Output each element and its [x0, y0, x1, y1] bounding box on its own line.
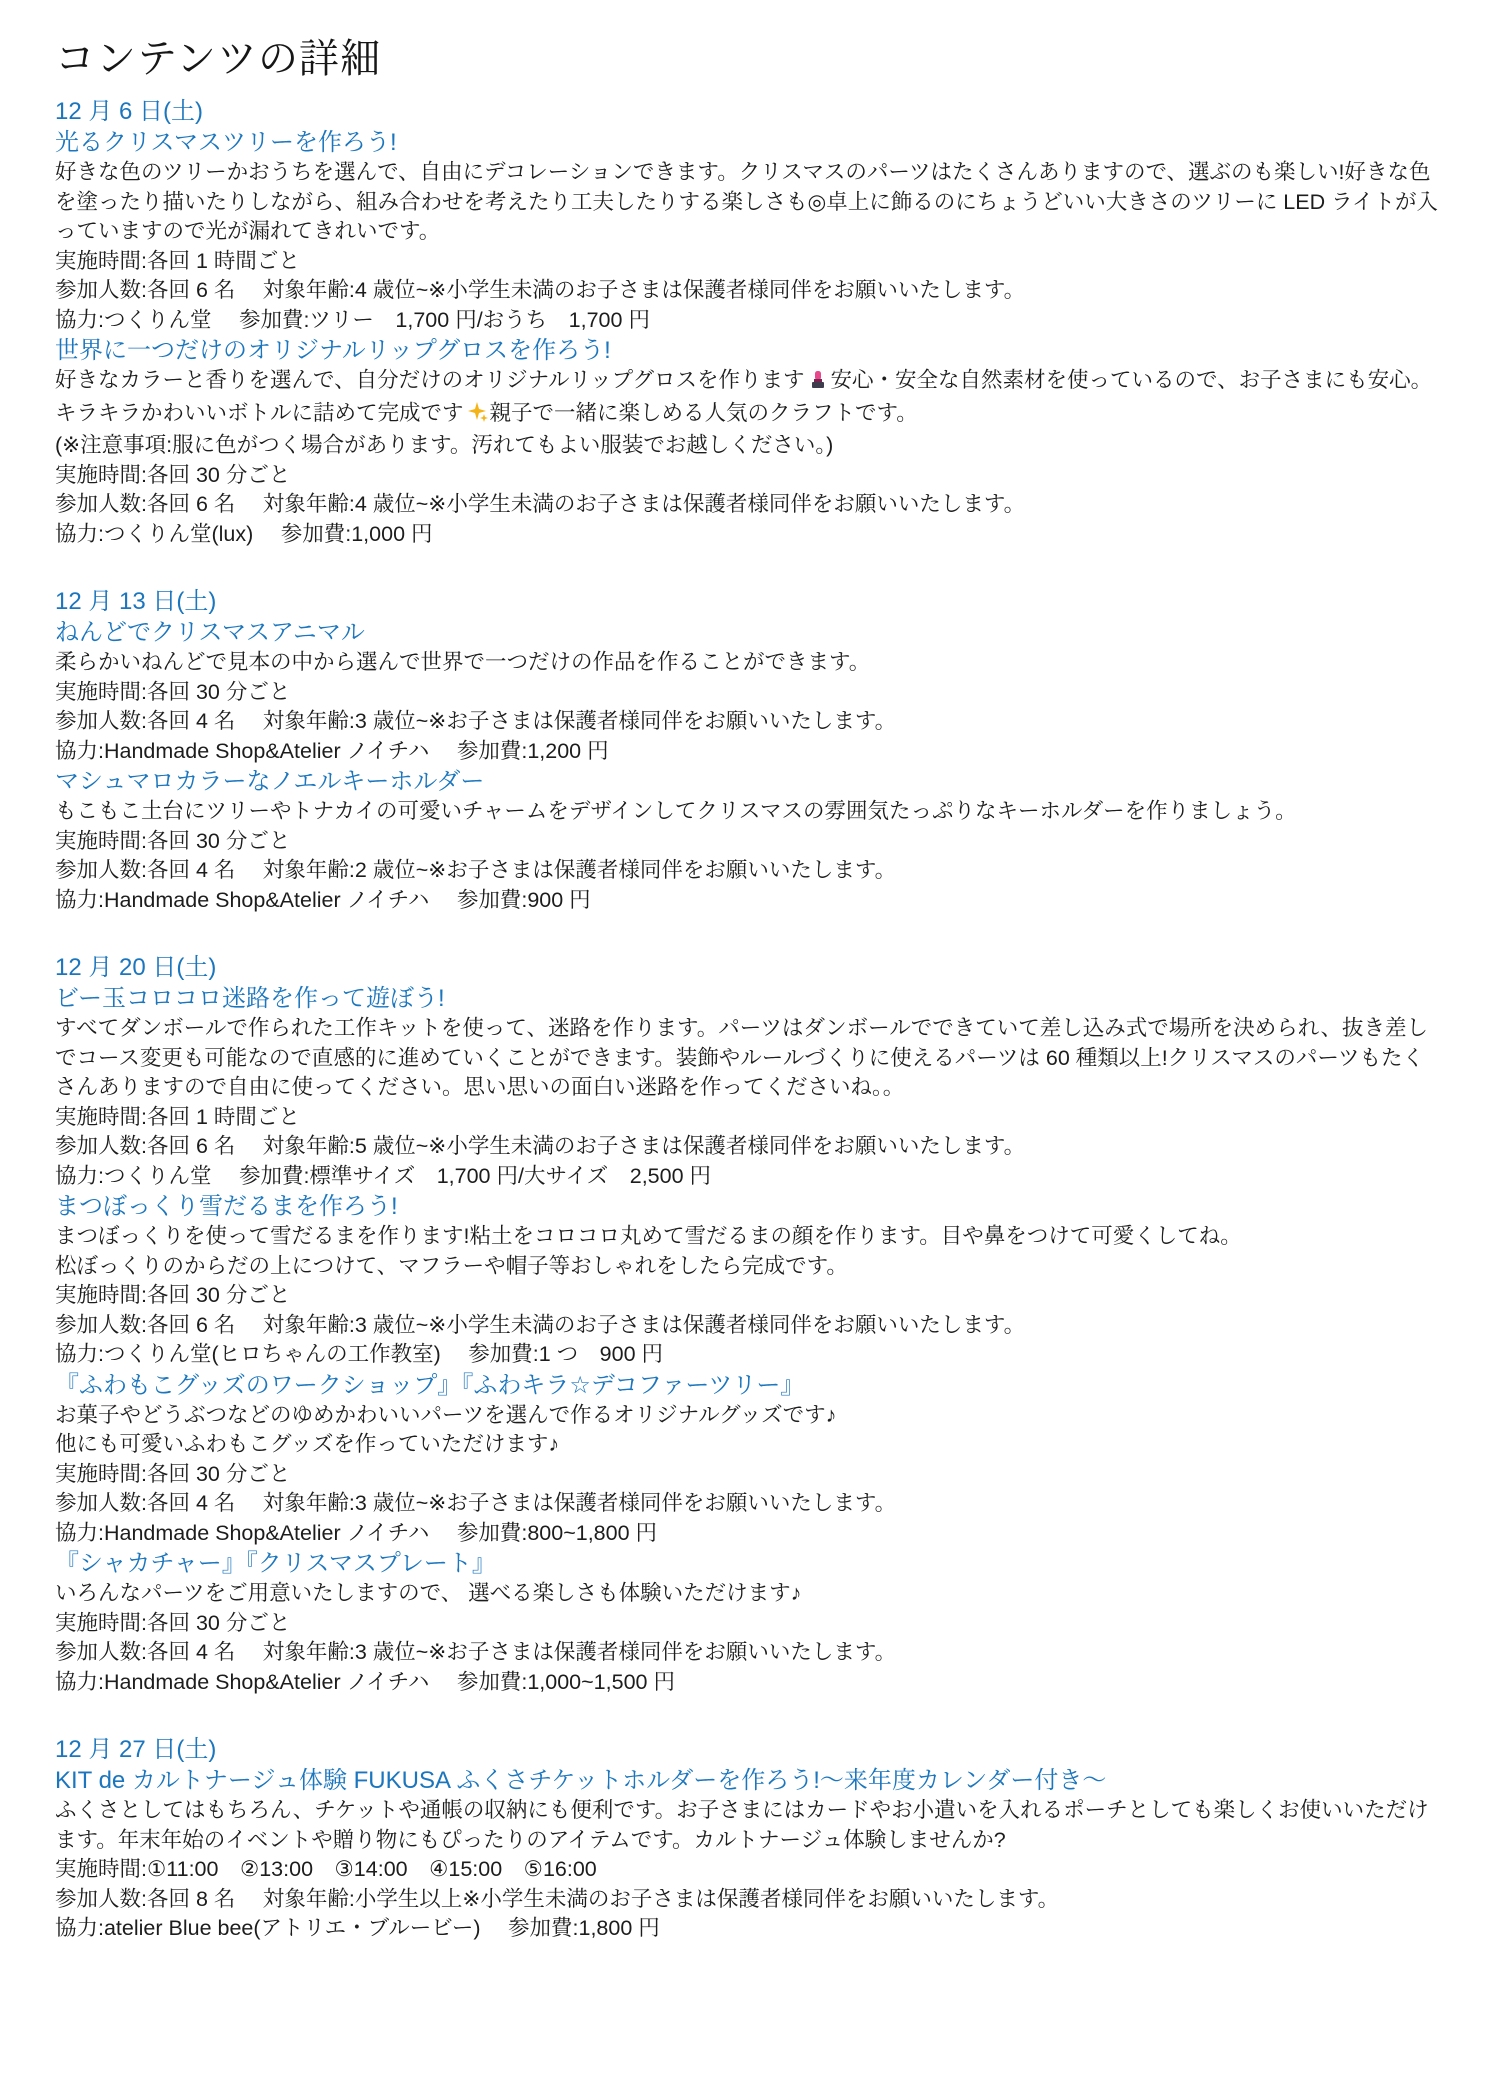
event-partner-fee: 協力:Handmade Shop&Atelier ノイチハ 参加費:800~1,…	[55, 1519, 1440, 1549]
event-capacity-age: 参加人数:各回 4 名 対象年齢:2 歳位~※お子さまは保護者様同伴をお願いいた…	[55, 856, 1440, 886]
event-partner-fee: 協力:Handmade Shop&Atelier ノイチハ 参加費:900 円	[55, 886, 1440, 916]
event-description: すべてダンボールで作られた工作キットを使って、迷路を作ります。パーツはダンボール…	[55, 1014, 1440, 1103]
event-pinecone-snowman: まつぼっくり雪だるまを作ろう! まつぼっくりを使って雪だるまを作ります!粘土をコ…	[55, 1191, 1440, 1370]
event-fuwamoko-goods-workshop: 『ふわもこグッズのワークショップ』『ふわキラ☆デコファーツリー』 お菓子やどうぶ…	[55, 1370, 1440, 1549]
event-time: 実施時間:各回 1 時間ごと	[55, 247, 1440, 277]
lipstick-emoji	[807, 368, 829, 399]
event-title: まつぼっくり雪だるまを作ろう!	[55, 1191, 1440, 1222]
event-title: ねんどでクリスマスアニマル	[55, 617, 1440, 648]
event-partner-fee: 協力:つくりん堂 参加費:ツリー 1,700 円/おうち 1,700 円	[55, 306, 1440, 336]
event-capacity-age: 参加人数:各回 4 名 対象年齢:3 歳位~※お子さまは保護者様同伴をお願いいた…	[55, 707, 1440, 737]
section-dec-13: 12 月 13 日(土) ねんどでクリスマスアニマル 柔らかいねんどで見本の中か…	[55, 586, 1440, 915]
event-marble-maze: ビー玉コロコロ迷路を作って遊ぼう! すべてダンボールで作られた工作キットを使って…	[55, 983, 1440, 1191]
date-heading: 12 月 13 日(土)	[55, 586, 1440, 617]
event-partner-fee: 協力:つくりん堂(ヒロちゃんの工作教室) 参加費:1 つ 900 円	[55, 1340, 1440, 1370]
sparkles-emoji	[466, 401, 488, 432]
description-text: 親子で一緒に楽しめる人気のクラフトです。	[490, 401, 918, 425]
event-clay-christmas-animal: ねんどでクリスマスアニマル 柔らかいねんどで見本の中から選んで世界で一つだけの作…	[55, 617, 1440, 766]
event-title: マシュマロカラーなノエルキーホルダー	[55, 766, 1440, 797]
event-partner-fee: 協力:atelier Blue bee(アトリエ・ブルービー) 参加費:1,80…	[55, 1914, 1440, 1944]
event-capacity-age: 参加人数:各回 4 名 対象年齢:3 歳位~※お子さまは保護者様同伴をお願いいた…	[55, 1638, 1440, 1668]
page-title: コンテンツの詳細	[55, 34, 1440, 84]
event-time: 実施時間:各回 30 分ごと	[55, 1281, 1440, 1311]
event-time: 実施時間:各回 30 分ごと	[55, 461, 1440, 491]
event-description: 他にも可愛いふわもこグッズを作っていただけます♪	[55, 1430, 1440, 1460]
event-description: もこもこ土台にツリーやトナカイの可愛いチャームをデザインしてクリスマスの雰囲気た…	[55, 797, 1440, 827]
event-description: いろんなパーツをご用意いたしますので、 選べる楽しさも体験いただけます♪	[55, 1579, 1440, 1609]
date-heading: 12 月 27 日(土)	[55, 1734, 1440, 1765]
event-title: 『ふわもこグッズのワークショップ』『ふわキラ☆デコファーツリー』	[55, 1370, 1440, 1401]
event-title: KIT de カルトナージュ体験 FUKUSA ふくさチケットホルダーを作ろう!…	[55, 1765, 1440, 1796]
event-title: 光るクリスマスツリーを作ろう!	[55, 127, 1440, 158]
event-time: 実施時間:各回 30 分ごと	[55, 827, 1440, 857]
event-capacity-age: 参加人数:各回 4 名 対象年齢:3 歳位~※お子さまは保護者様同伴をお願いいた…	[55, 1489, 1440, 1519]
event-capacity-age: 参加人数:各回 8 名 対象年齢:小学生以上※小学生未満のお子さまは保護者様同伴…	[55, 1885, 1440, 1915]
event-kit-de-cartonnage-fukusa: KIT de カルトナージュ体験 FUKUSA ふくさチケットホルダーを作ろう!…	[55, 1765, 1440, 1944]
event-partner-fee: 協力:つくりん堂 参加費:標準サイズ 1,700 円/大サイズ 2,500 円	[55, 1162, 1440, 1192]
event-description: お菓子やどうぶつなどのゆめかわいいパーツを選んで作るオリジナルグッズです♪	[55, 1401, 1440, 1431]
event-shakachar-christmas-plate: 『シャカチャー』『クリスマスプレート』 いろんなパーツをご用意いたしますので、 …	[55, 1548, 1440, 1697]
section-dec-6: 12 月 6 日(土) 光るクリスマスツリーを作ろう! 好きな色のツリーかおうち…	[55, 96, 1440, 549]
event-description: 松ぼっくりのからだの上につけて、マフラーや帽子等おしゃれをしたら完成です。	[55, 1252, 1440, 1282]
section-dec-20: 12 月 20 日(土) ビー玉コロコロ迷路を作って遊ぼう! すべてダンボールで…	[55, 952, 1440, 1697]
event-note: (※注意事項:服に色がつく場合があります。汚れてもよい服装でお越しください。)	[55, 431, 1440, 461]
date-heading: 12 月 20 日(土)	[55, 952, 1440, 983]
event-original-lip-gloss: 世界に一つだけのオリジナルリップグロスを作ろう! 好きなカラーと香りを選んで、自…	[55, 335, 1440, 549]
event-time: 実施時間:各回 30 分ごと	[55, 678, 1440, 708]
event-light-up-christmas-tree: 光るクリスマスツリーを作ろう! 好きな色のツリーかおうちを選んで、自由にデコレー…	[55, 127, 1440, 335]
event-description: 柔らかいねんどで見本の中から選んで世界で一つだけの作品を作ることができます。	[55, 648, 1440, 678]
event-description: 好きな色のツリーかおうちを選んで、自由にデコレーションできます。クリスマスのパー…	[55, 158, 1440, 247]
event-description: ふくさとしてはもちろん、チケットや通帳の収納にも便利です。お子さまにはカードやお…	[55, 1796, 1440, 1855]
event-capacity-age: 参加人数:各回 6 名 対象年齢:3 歳位~※小学生未満のお子さまは保護者様同伴…	[55, 1311, 1440, 1341]
date-heading: 12 月 6 日(土)	[55, 96, 1440, 127]
event-partner-fee: 協力:つくりん堂(lux) 参加費:1,000 円	[55, 520, 1440, 550]
event-time: 実施時間:各回 30 分ごと	[55, 1609, 1440, 1639]
document-page: コンテンツの詳細 12 月 6 日(土) 光るクリスマスツリーを作ろう! 好きな…	[0, 0, 1485, 1944]
description-text: 好きなカラーと香りを選んで、自分だけのオリジナルリップグロスを作ります	[55, 368, 805, 392]
event-time: 実施時間:各回 30 分ごと	[55, 1460, 1440, 1490]
event-time: 実施時間:各回 1 時間ごと	[55, 1103, 1440, 1133]
event-capacity-age: 参加人数:各回 6 名 対象年齢:4 歳位~※小学生未満のお子さまは保護者様同伴…	[55, 276, 1440, 306]
event-title: 世界に一つだけのオリジナルリップグロスを作ろう!	[55, 335, 1440, 366]
event-partner-fee: 協力:Handmade Shop&Atelier ノイチハ 参加費:1,200 …	[55, 737, 1440, 767]
event-time: 実施時間:①11:00 ②13:00 ③14:00 ④15:00 ⑤16:00	[55, 1855, 1440, 1885]
event-capacity-age: 参加人数:各回 6 名 対象年齢:4 歳位~※小学生未満のお子さまは保護者様同伴…	[55, 490, 1440, 520]
event-description: まつぼっくりを使って雪だるまを作ります!粘土をコロコロ丸めて雪だるまの顔を作りま…	[55, 1222, 1440, 1252]
section-dec-27: 12 月 27 日(土) KIT de カルトナージュ体験 FUKUSA ふくさ…	[55, 1734, 1440, 1944]
event-capacity-age: 参加人数:各回 6 名 対象年齢:5 歳位~※小学生未満のお子さまは保護者様同伴…	[55, 1132, 1440, 1162]
event-marshmallow-noel-keyholder: マシュマロカラーなノエルキーホルダー もこもこ土台にツリーやトナカイの可愛いチャ…	[55, 766, 1440, 915]
event-title: 『シャカチャー』『クリスマスプレート』	[55, 1548, 1440, 1579]
event-description: 好きなカラーと香りを選んで、自分だけのオリジナルリップグロスを作ります安心・安全…	[55, 366, 1440, 431]
event-partner-fee: 協力:Handmade Shop&Atelier ノイチハ 参加費:1,000~…	[55, 1668, 1440, 1698]
event-title: ビー玉コロコロ迷路を作って遊ぼう!	[55, 983, 1440, 1014]
